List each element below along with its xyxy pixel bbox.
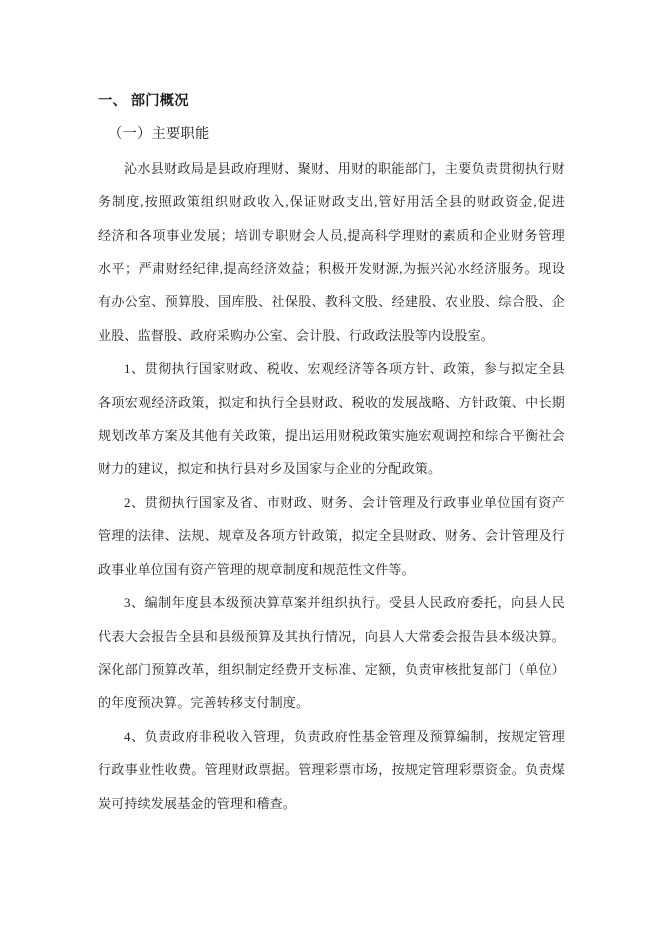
doc-line: 水平；严肃财经纪律,提高经济效益；积极开发财源,为振兴沁水经济服务。现设 [98,252,565,285]
doc-line: 行政事业性收费。管理财政票据。管理彩票市场，按规定管理彩票资金。负责煤 [98,753,565,786]
doc-heading: 一、 部门概况 [98,85,565,118]
doc-subheading: （一）主要职能 [98,118,565,151]
doc-line: 财力的建议，拟定和执行县对乡及国家与企业的分配政策。 [98,452,565,485]
document-page: 一、 部门概况 （一）主要职能 沁水县财政局是县政府理财、聚财、用财的职能部门，… [0,0,662,936]
doc-line: 沁水县财政局是县政府理财、聚财、用财的职能部门，主要负责贯彻执行财 [98,152,565,185]
doc-line: 管理的法律、法规、规章及各项方针政策，拟定全县财政、财务、会计管理及行 [98,519,565,552]
doc-line: 1、贯彻执行国家财政、税收、宏观经济等各项方针、政策，参与拟定全县 [98,352,565,385]
doc-line: 的年度预决算。完善转移支付制度。 [98,686,565,719]
doc-line: 政事业单位国有资产管理的规章制度和规范性文件等。 [98,553,565,586]
doc-line: 4、负责政府非税收入管理，负责政府性基金管理及预算编制，按规定管理 [98,720,565,753]
doc-line: 务制度,按照政策组织财政收入,保证财政支出,管好用活全县的财政资金,促进 [98,185,565,218]
doc-line: 有办公室、预算股、国库股、社保股、教科文股、经建股、农业股、综合股、企 [98,285,565,318]
doc-line: 3、编制年度县本级预决算草案并组织执行。受县人民政府委托，向县人民 [98,586,565,619]
doc-line: 业股、监督股、政府采购办公室、会计股、行政政法股等内设股室。 [98,319,565,352]
doc-line: 深化部门预算改革，组织制定经费开支标准、定额，负责审核批复部门（单位） [98,653,565,686]
doc-line: 2、贯彻执行国家及省、市财政、财务、会计管理及行政事业单位国有资产 [98,486,565,519]
doc-line: 代表大会报告全县和县级预算及其执行情况，向县人大常委会报告县本级决算。 [98,620,565,653]
doc-line: 炭可持续发展基金的管理和稽查。 [98,787,565,820]
doc-line: 各项宏观经济政策，拟定和执行全县财政、税收的发展战略、方针政策、中长期 [98,386,565,419]
doc-line: 经济和各项事业发展；培训专职财会人员,提高科学理财的素质和企业财务管理 [98,219,565,252]
doc-line: 规划改革方案及其他有关政策，提出运用财税政策实施宏观调控和综合平衡社会 [98,419,565,452]
